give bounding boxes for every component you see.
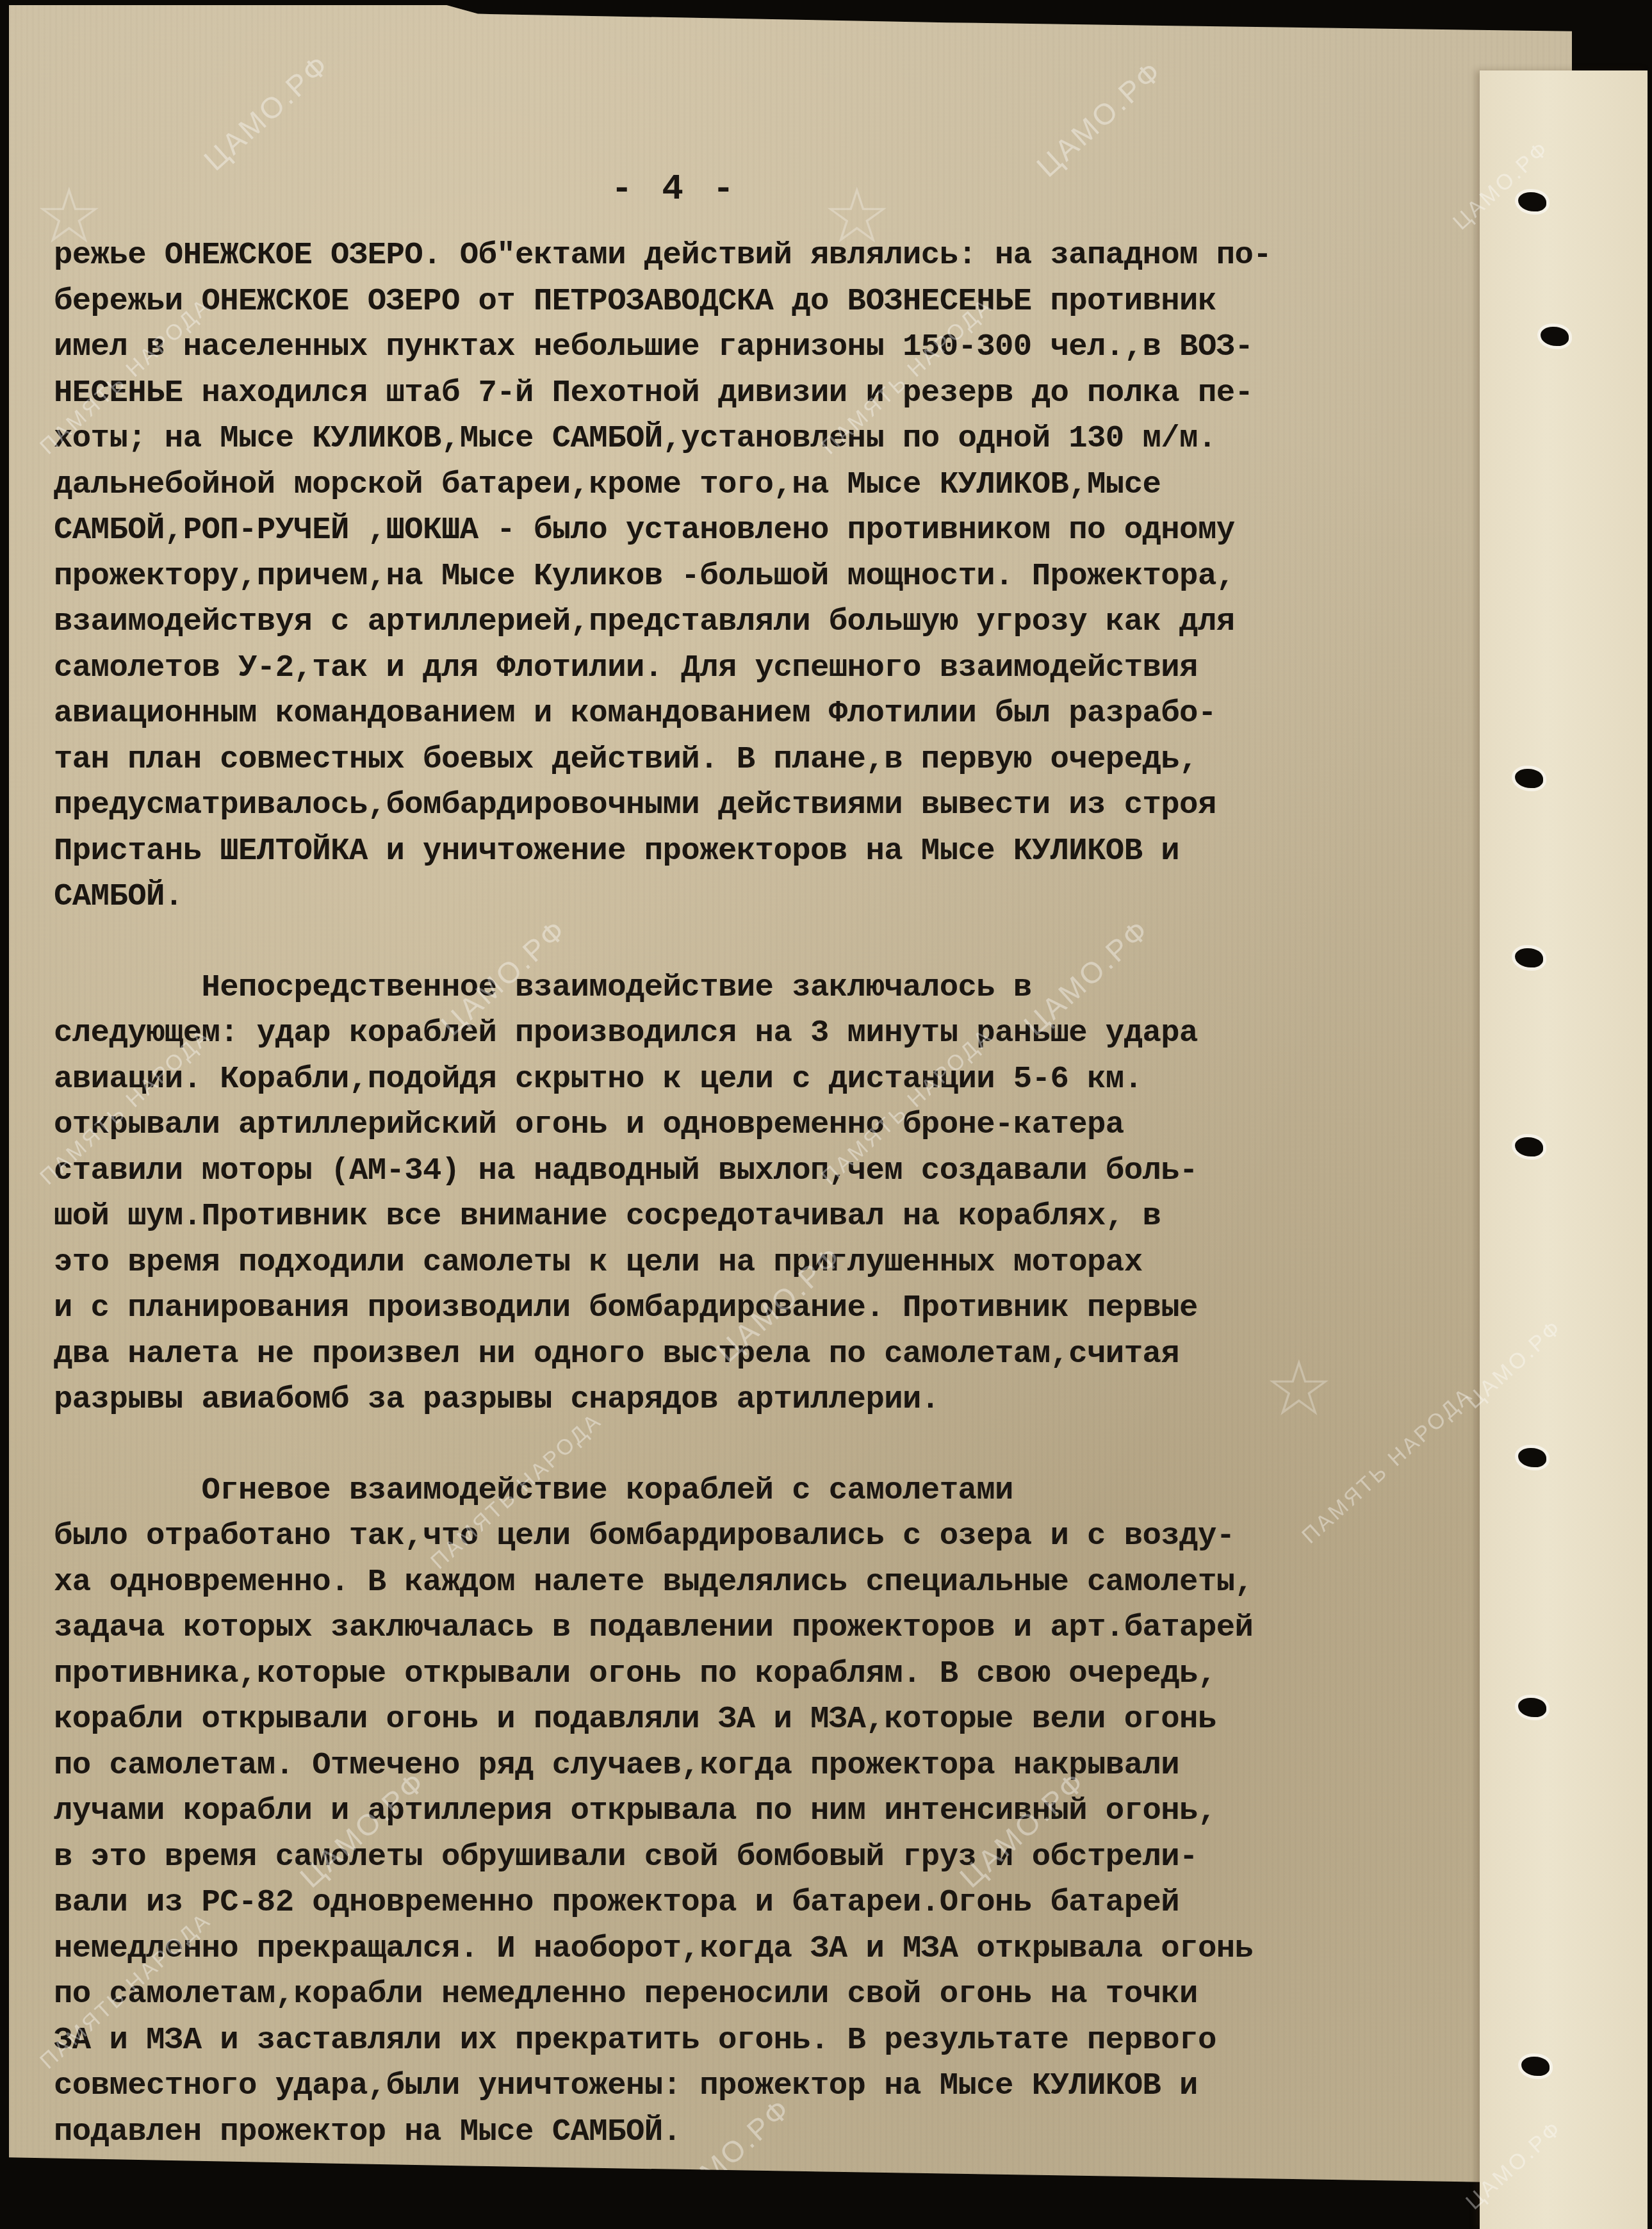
text-line: по самолетам,корабли немедленно переноси…	[54, 1971, 1425, 2018]
typewritten-body: режье ОНЕЖСКОЕ ОЗЕРО. Об"ектами действий…	[54, 233, 1425, 2155]
text-line: совместного удара,были уничтожены: проже…	[54, 2063, 1425, 2109]
paragraph-gap	[54, 920, 1425, 965]
paragraph-1: режье ОНЕЖСКОЕ ОЗЕРО. Об"ектами действий…	[54, 233, 1425, 920]
text-line: немедленно прекращался. И наоборот,когда…	[54, 1926, 1425, 1972]
text-line: это время подходили самолеты к цели на п…	[54, 1240, 1425, 1286]
text-line: и с планирования производили бомбардиров…	[54, 1285, 1425, 1331]
text-line: САМБОЙ.	[54, 874, 1425, 920]
text-line: предусматривалось,бомбардировочными дейс…	[54, 782, 1425, 828]
text-line: ставили моторы (АМ-34) на надводный выхл…	[54, 1148, 1425, 1194]
text-line: два налета не произвел ни одного выстрел…	[54, 1331, 1425, 1378]
text-line: подавлен прожектор на Мысе САМБОЙ.	[54, 2109, 1425, 2155]
text-line: Пристань ШЕЛТОЙКА и уничтожение прожекто…	[54, 828, 1425, 875]
text-line: ЗА и МЗА и заставляли их прекратить огон…	[54, 2018, 1425, 2064]
paragraph-3: Огневое взаимодействие кораблей с самоле…	[54, 1468, 1425, 2155]
punch-hole-icon	[1541, 327, 1569, 346]
text-line: ха одновременно. В каждом налете выделял…	[54, 1559, 1425, 1606]
text-line: шой шум.Противник все внимание сосредота…	[54, 1194, 1425, 1240]
binding-strip: ЦАМО.РФ ЦАМО.РФ ЦАМО.РФ	[1480, 70, 1648, 2229]
page-number: - 4 -	[611, 169, 738, 210]
paragraph-2: Непосредственное взаимодействие заключал…	[54, 965, 1425, 1423]
text-line: авиационным командованием и командование…	[54, 691, 1425, 737]
text-line: режье ОНЕЖСКОЕ ОЗЕРО. Об"ектами действий…	[54, 233, 1425, 279]
text-line: Огневое взаимодействие кораблей с самоле…	[54, 1468, 1425, 1514]
text-line: имел в населенных пунктах небольшие гарн…	[54, 324, 1425, 370]
punch-hole-icon	[1515, 769, 1543, 788]
text-line: задача которых заключалась в подавлении …	[54, 1605, 1425, 1651]
text-line: НЕСЕНЬЕ находился штаб 7-й Пехотной диви…	[54, 370, 1425, 416]
text-line: в это время самолеты обрушивали свой бом…	[54, 1834, 1425, 1880]
text-line: бережьи ОНЕЖСКОЕ ОЗЕРО от ПЕТРОЗАВОДСКА …	[54, 279, 1425, 325]
text-line: прожектору,причем,на Мысе Куликов -больш…	[54, 554, 1425, 600]
text-line: открывали артиллерийский огонь и одновре…	[54, 1102, 1425, 1148]
text-line: дальнебойной морской батареи,кроме того,…	[54, 462, 1425, 508]
text-line: тан план совместных боевых действий. В п…	[54, 737, 1425, 783]
archive-watermark: ЦАМО.РФ	[197, 47, 336, 177]
text-line: было отработано так,что цели бомбардиров…	[54, 1513, 1425, 1559]
punch-hole-icon	[1515, 948, 1543, 967]
text-line: хоты; на Мысе КУЛИКОВ,Мысе САМБОЙ,устано…	[54, 416, 1425, 462]
text-line: авиации. Корабли,подойдя скрытно к цели …	[54, 1057, 1425, 1103]
text-line: следующем: удар кораблей производился на…	[54, 1010, 1425, 1057]
text-line: Непосредственное взаимодействие заключал…	[54, 965, 1425, 1011]
text-line: корабли открывали огонь и подавляли ЗА и…	[54, 1697, 1425, 1743]
document-page: - 4 - режье ОНЕЖСКОЕ ОЗЕРО. Об"ектами де…	[9, 5, 1572, 2184]
text-line: самолетов У-2,так и для Флотилии. Для ус…	[54, 645, 1425, 691]
text-line: взаимодействуя с артиллерией,представлял…	[54, 599, 1425, 645]
text-line: противника,которые открывали огонь по ко…	[54, 1651, 1425, 1697]
archive-watermark: ЦАМО.РФ	[1029, 53, 1169, 184]
punch-hole-icon	[1515, 1137, 1543, 1156]
punch-hole-icon	[1521, 2057, 1550, 2076]
paragraph-gap	[54, 1423, 1425, 1468]
punch-hole-icon	[1518, 1698, 1546, 1717]
text-line: вали из РС-82 одновременно прожектора и …	[54, 1880, 1425, 1926]
text-line: лучами корабли и артиллерия открывала по…	[54, 1788, 1425, 1834]
punch-hole-icon	[1518, 192, 1546, 211]
text-line: по самолетам. Отмечено ряд случаев,когда…	[54, 1743, 1425, 1789]
punch-hole-icon	[1518, 1448, 1546, 1467]
text-line: САМБОЙ,РОП-РУЧЕЙ ,ШОКША - было установле…	[54, 507, 1425, 554]
text-line: разрывы авиабомб за разрывы снарядов арт…	[54, 1377, 1425, 1423]
